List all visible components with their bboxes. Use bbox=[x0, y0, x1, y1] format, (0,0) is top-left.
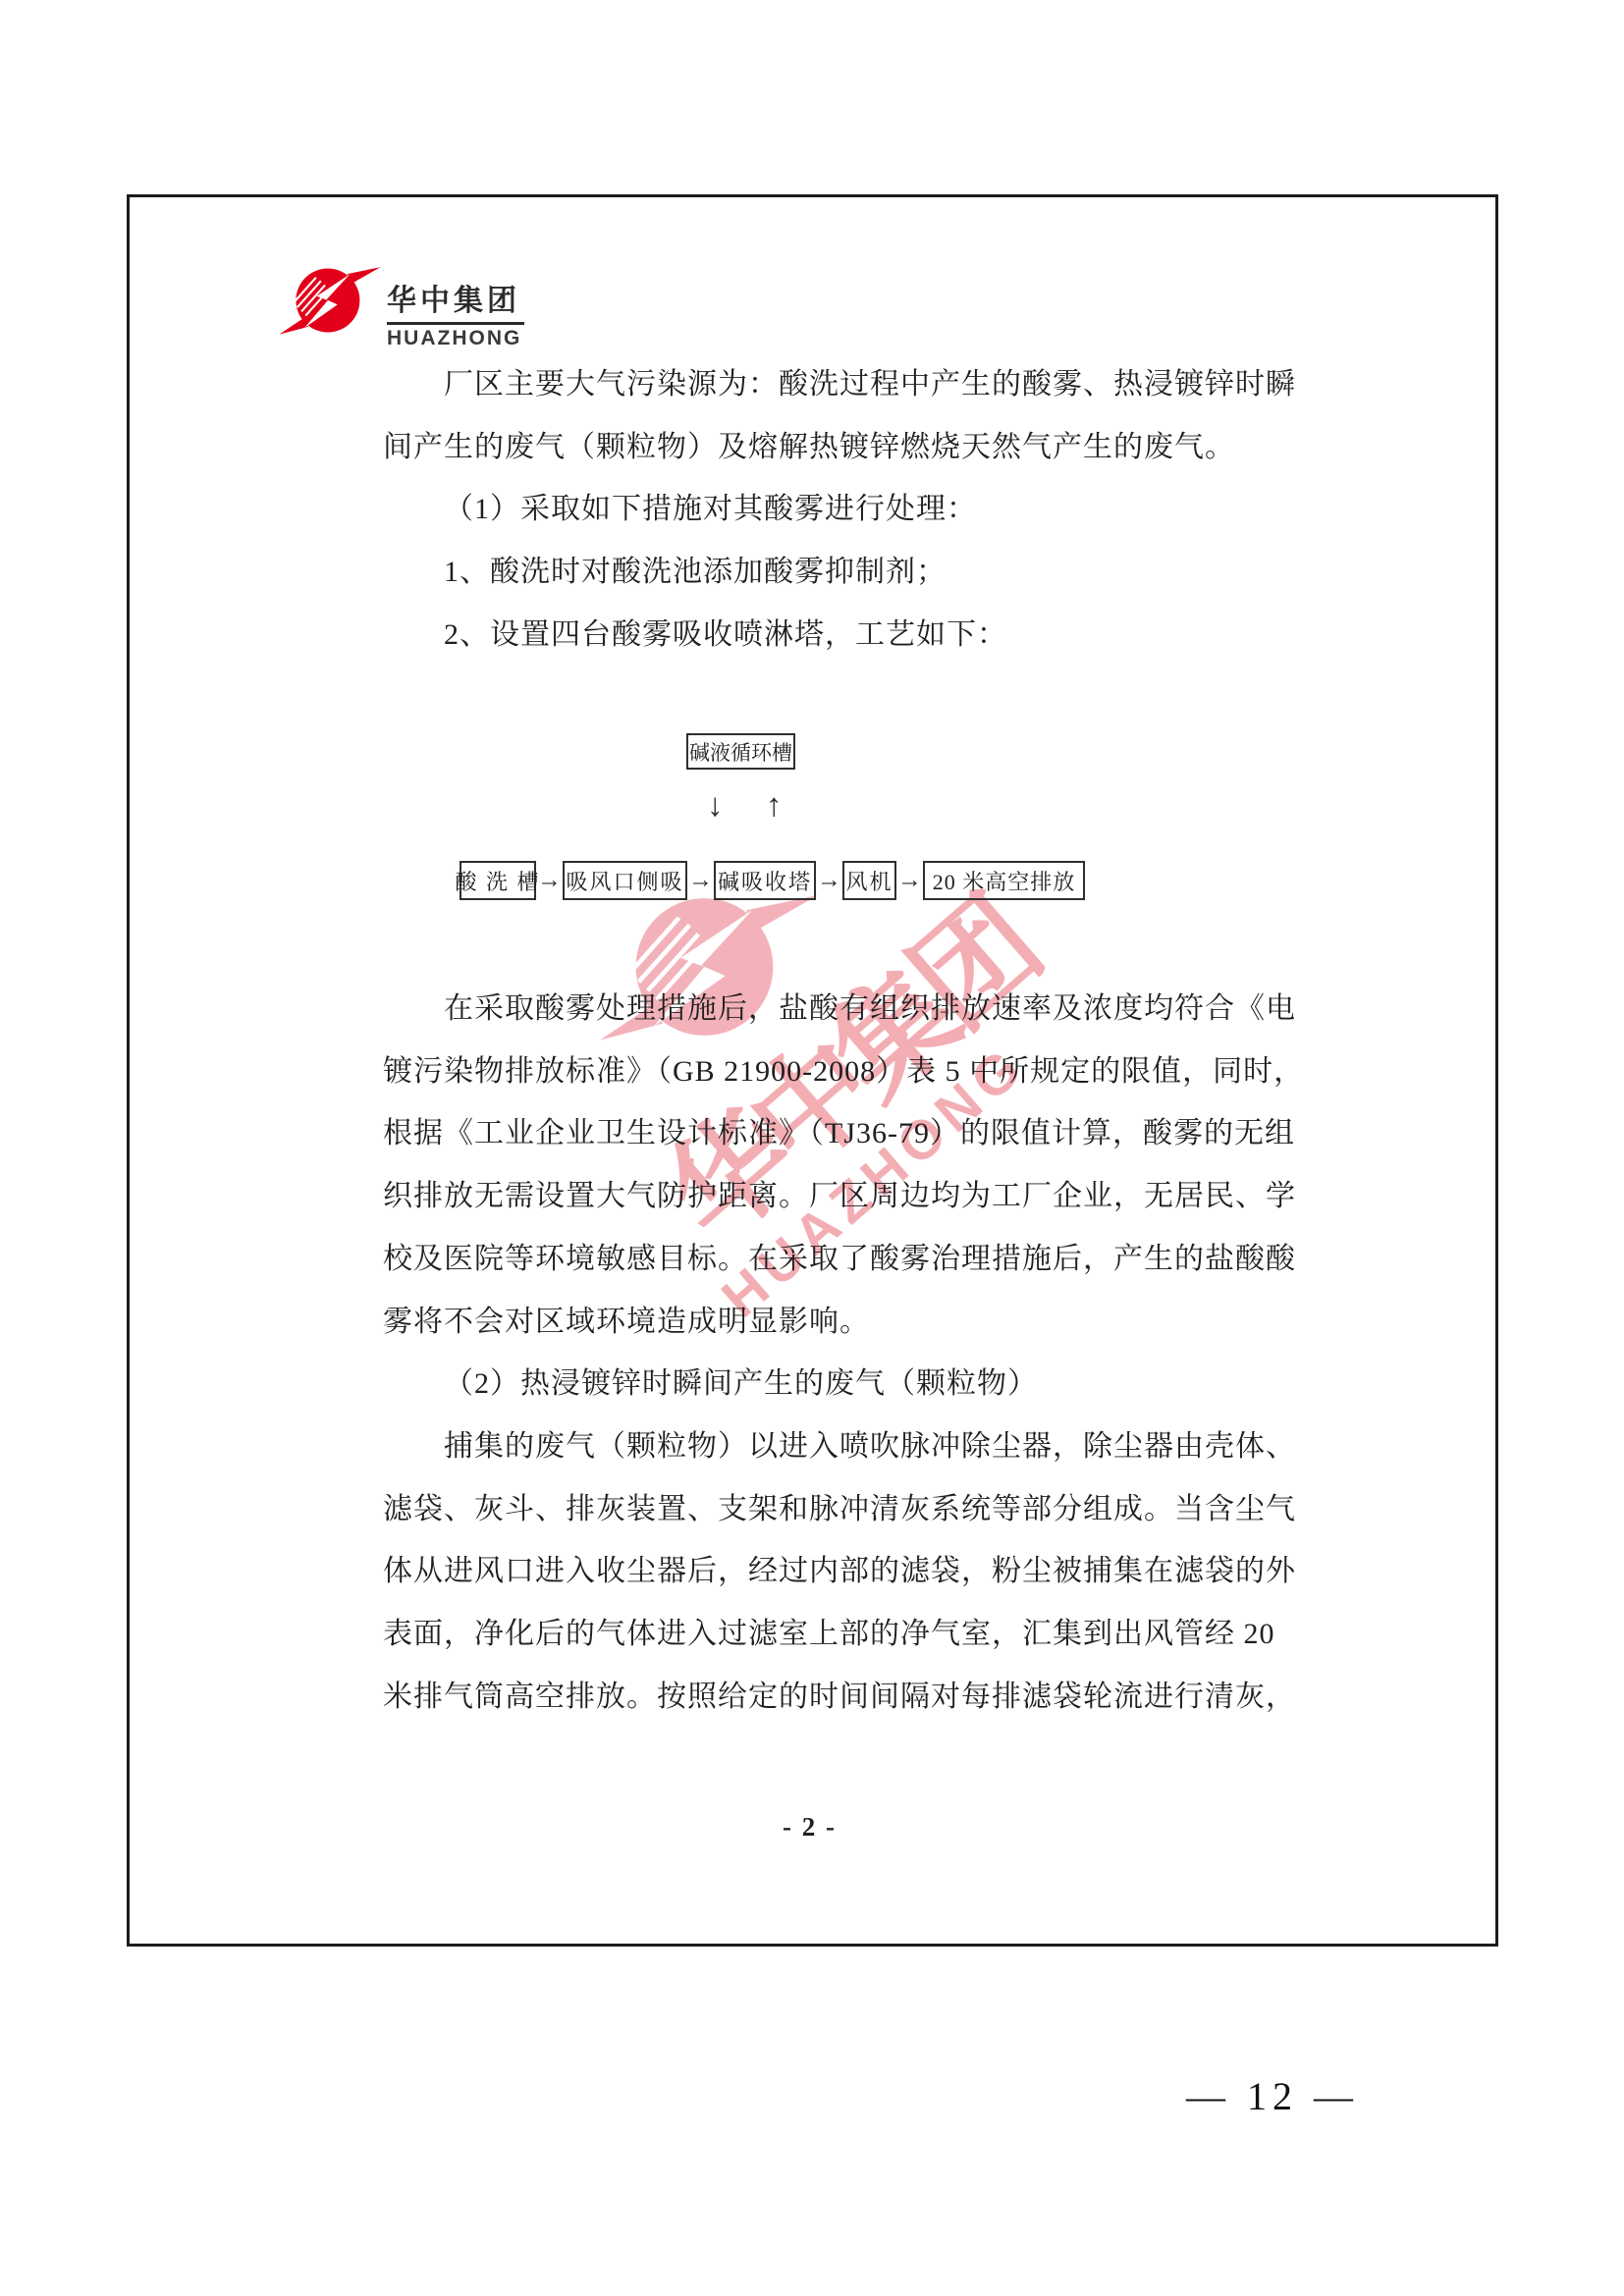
company-logo-icon bbox=[278, 263, 382, 338]
flow-box-high-discharge: 20 米高空排放 bbox=[923, 861, 1085, 900]
body-line: 织排放无需设置大气防护距离。厂区周边均为工厂企业，无居民、学 bbox=[383, 1165, 1272, 1228]
body-line: 根据《工业企业卫生设计标准》（TJ36-79）的限值计算，酸雾的无组 bbox=[383, 1102, 1272, 1165]
arrow-down-icon: ↓ bbox=[707, 790, 724, 823]
arrow-right-icon: → bbox=[536, 861, 563, 900]
body-line: 体从进风口进入收尘器后，经过内部的滤袋，粉尘被捕集在滤袋的外 bbox=[383, 1540, 1272, 1603]
document-page: 华中集团 HUAZHONG 华中集团 HUAZHONG 厂区主要大气污染源为：酸… bbox=[0, 0, 1624, 2296]
arrow-right-icon: → bbox=[896, 861, 923, 900]
body-line: 滤袋、灰斗、排灰装置、支架和脉冲清灰系统等部分组成。当含尘气 bbox=[383, 1478, 1272, 1541]
paragraph-block-2: 在采取酸雾处理措施后，盐酸有组织排放速率及浓度均符合《电 镀污染物排放标准》（G… bbox=[383, 978, 1272, 1728]
body-line: 间产生的废气（颗粒物）及熔解热镀锌燃烧天然气产生的废气。 bbox=[383, 416, 1272, 479]
company-name-cn: 华中集团 bbox=[387, 276, 524, 325]
flow-box-alkali-circulation-tank: 碱液循环槽 bbox=[686, 733, 795, 770]
body-line: （2）热浸镀锌时瞬间产生的废气（颗粒物） bbox=[383, 1353, 1272, 1415]
arrow-right-icon: → bbox=[687, 861, 714, 900]
paragraph-block-1: 厂区主要大气污染源为：酸洗过程中产生的酸雾、热浸镀锌时瞬 间产生的废气（颗粒物）… bbox=[383, 353, 1272, 667]
page-content: 华中集团 HUAZHONG 厂区主要大气污染源为：酸洗过程中产生的酸雾、热浸镀锌… bbox=[0, 0, 1624, 2296]
flowchart-row: 酸 洗 槽 → 吸风口侧吸 → 碱吸收塔 → 风机 → 20 米高空排放 bbox=[460, 861, 1085, 900]
body-line: 2、设置四台酸雾吸收喷淋塔，工艺如下： bbox=[383, 604, 1272, 667]
body-line: 雾将不会对区域环境造成明显影响。 bbox=[383, 1291, 1272, 1354]
body-line: 校及医院等环境敏感目标。在采取了酸雾治理措施后，产生的盐酸酸 bbox=[383, 1228, 1272, 1291]
body-line: 捕集的废气（颗粒物）以进入喷吹脉冲除尘器，除尘器由壳体、 bbox=[383, 1415, 1272, 1478]
body-line: 厂区主要大气污染源为：酸洗过程中产生的酸雾、热浸镀锌时瞬 bbox=[383, 353, 1272, 416]
arrow-right-icon: → bbox=[816, 861, 842, 900]
body-line: （1）采取如下措施对其酸雾进行处理： bbox=[383, 478, 1272, 541]
flow-box-fan: 风机 bbox=[842, 861, 896, 900]
flow-box-pickling-tank: 酸 洗 槽 bbox=[460, 861, 536, 900]
body-line: 米排气筒高空排放。按照给定的时间间隔对每排滤袋轮流进行清灰， bbox=[383, 1666, 1272, 1729]
outer-page-number: — 12 — bbox=[1125, 2073, 1420, 2119]
company-logo-text: 华中集团 HUAZHONG bbox=[387, 276, 524, 350]
body-line: 1、酸洗时对酸洗池添加酸雾抑制剂； bbox=[383, 541, 1272, 604]
flow-box-suction-inlet: 吸风口侧吸 bbox=[563, 861, 687, 900]
inner-footer-page-number: - 2 - bbox=[127, 1812, 1492, 1842]
body-line: 镀污染物排放标准》（GB 21900-2008）表 5 中所规定的限值，同时， bbox=[383, 1041, 1272, 1103]
body-line: 在采取酸雾处理措施后，盐酸有组织排放速率及浓度均符合《电 bbox=[383, 978, 1272, 1041]
body-line: 表面，净化后的气体进入过滤室上部的净气室，汇集到出风管经 20 bbox=[383, 1603, 1272, 1666]
flow-box-absorption-tower: 碱吸收塔 bbox=[714, 861, 816, 900]
arrow-up-icon: ↑ bbox=[766, 790, 783, 823]
company-name-en: HUAZHONG bbox=[387, 327, 524, 350]
